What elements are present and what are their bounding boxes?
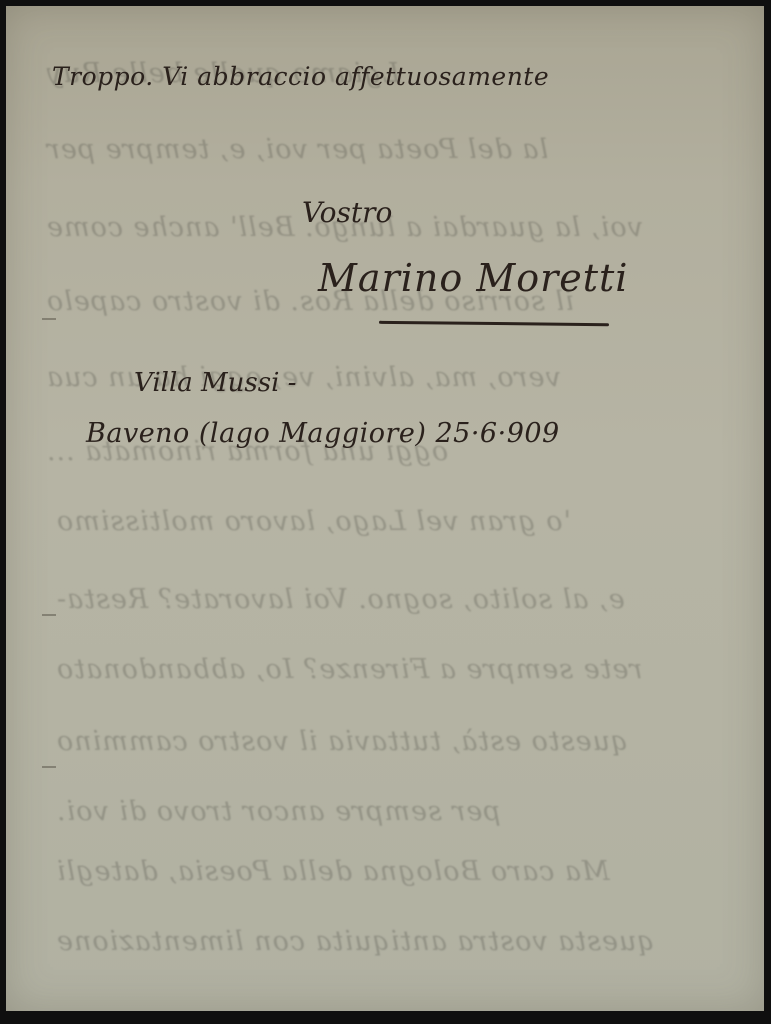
bleed-line: la del Poeta per voi, e, tempre per (46, 134, 548, 165)
bleed-line: rete sempre a Firenze? Io, abbandonato (56, 654, 642, 685)
scan-border: Lgiamo quelle belle Ruy la del Poeta per… (0, 0, 771, 1024)
bleed-line: questa vostra antiquita con limentazione (56, 926, 655, 957)
bleed-line: per sempre ancor trovo di voi. (56, 796, 501, 827)
margin-mark (42, 318, 56, 320)
bleed-line: Ma caro Bologna della Poesia, dategli (56, 856, 610, 887)
bleed-line: vero, ma, alvini, ve, oggi ha un cua (46, 362, 561, 393)
margin-mark (42, 614, 56, 616)
letter-page: Lgiamo quelle belle Ruy la del Poeta per… (6, 6, 764, 1011)
location-date-line: Baveno (lago Maggiore) 25·6·909 (86, 418, 560, 449)
place-line: Villa Mussi - (134, 368, 296, 398)
closing-line: Troppo. Vi abbraccio affettuosamente (52, 62, 549, 91)
bleed-line: 'o gran vel Lago, lavoro moltissimo (56, 506, 571, 537)
bleed-line: e, al solito, sogno. Voi lavorate? Resta… (56, 584, 625, 615)
signature: Marino Moretti (318, 256, 628, 300)
bleed-line: questo està, tuttavia il vostro cammino (56, 726, 628, 757)
bleed-through-text: Lgiamo quelle belle Ruy la del Poeta per… (6, 6, 764, 1011)
margin-mark (42, 766, 56, 768)
valediction: Vostro (302, 196, 392, 229)
